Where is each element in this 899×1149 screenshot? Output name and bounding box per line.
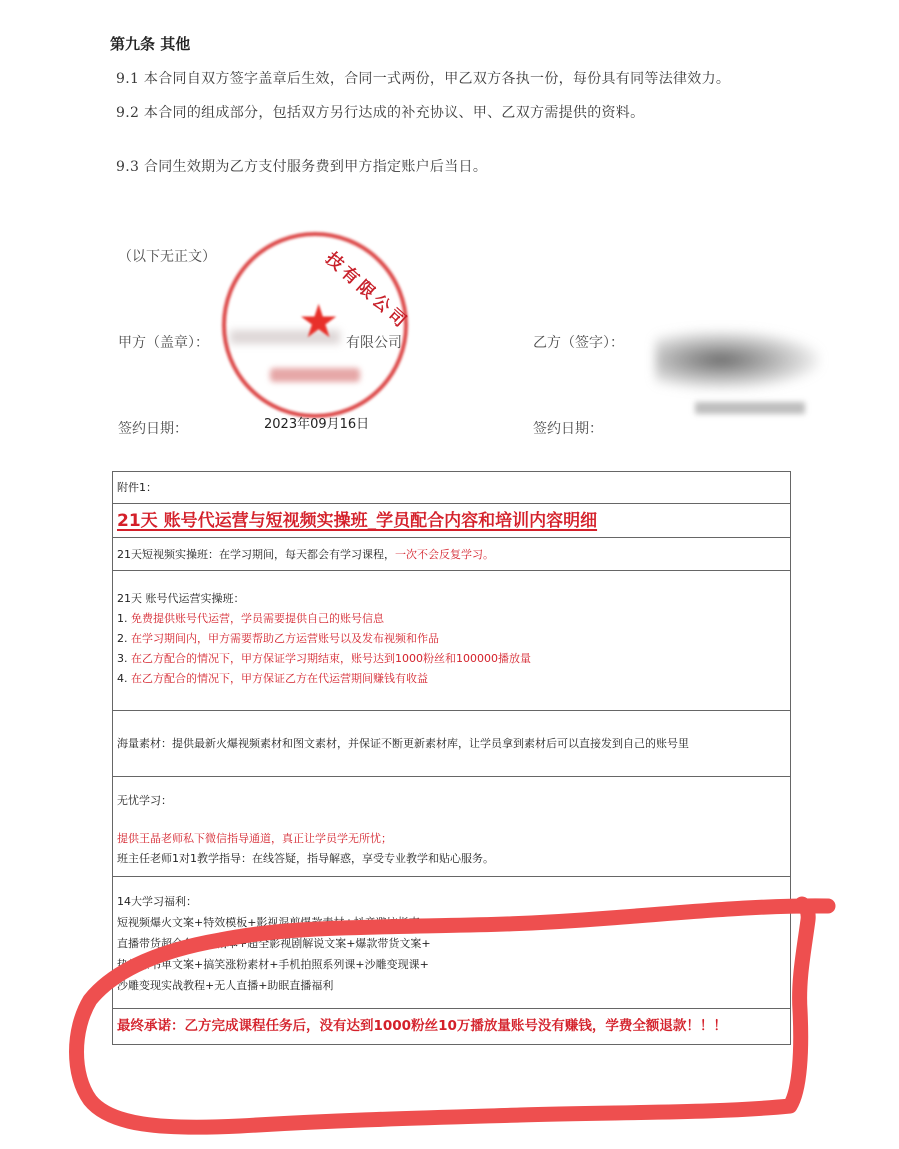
worry-free-text: 班主任老师1对1教学指导：在线答疑，指导解惑，享受专业教学和贴心服务。 bbox=[117, 849, 786, 869]
benefits-line: 热门爆书单文案+搞笑涨粉素材+手机拍照系列课+沙雕变现课+ bbox=[117, 954, 786, 975]
stamp-star-icon: ★ bbox=[298, 294, 339, 348]
short-video-row: 21天短视频实操班：在学习期间，每天都会有学习课程，一次不会反复学习。 bbox=[113, 538, 790, 571]
benefits-line: 短视频爆火文案+特效模板+影视混剪爆款素材+抖音避坑指南+ bbox=[117, 912, 786, 933]
clause-9-3: 9.3 合同生效期为乙方支付服务费到甲方指定账户后当日。 bbox=[116, 156, 487, 176]
worry-free-row: 无忧学习： 提供王晶老师私下微信指导通道，真正让学员学无所忧； 班主任老师1对1… bbox=[113, 777, 790, 877]
annex-label-row: 附件1： bbox=[113, 472, 790, 504]
sign-date-value-a: 2023年09月16日 bbox=[264, 413, 369, 432]
stamp-code-blur bbox=[270, 368, 360, 382]
short-video-highlight: 一次不会反复学习。 bbox=[395, 548, 494, 561]
final-promise-text: 最终承诺：乙方完成课程任务后，没有达到1000粉丝10万播放量账号没有赚钱，学费… bbox=[117, 1018, 727, 1034]
materials-text: 海量素材：提供最新火爆视频素材和图文素材，并保证不断更新素材库，让学员拿到素材后… bbox=[117, 737, 689, 750]
benefits-line: 直播带货超全各领域剧本+超全影视剧解说文案+爆款带货文案+ bbox=[117, 933, 786, 954]
section-title: 第九条 其他 bbox=[110, 33, 190, 54]
short-video-text: 21天短视频实操班：在学习期间，每天都会有学习课程， bbox=[117, 548, 395, 561]
annex-title-row: 21天 账号代运营与短视频实操班_学员配合内容和培训内容明细 bbox=[113, 504, 790, 538]
account-ops-item: 3. 在乙方配合的情况下，甲方保证学习期结束，账号达到1000粉丝和100000… bbox=[117, 649, 786, 669]
annex-label: 附件1： bbox=[117, 481, 157, 494]
benefits-line: 沙雕变现实战教程+无人直播+助眠直播福利 bbox=[117, 975, 786, 996]
benefits-row: 14大学习福利： 短视频爆火文案+特效模板+影视混剪爆款素材+抖音避坑指南+ 直… bbox=[113, 877, 790, 1009]
party-b-signature-blurred bbox=[655, 330, 820, 400]
final-promise-row: 最终承诺：乙方完成课程任务后，没有达到1000粉丝10万播放量账号没有赚钱，学费… bbox=[113, 1009, 790, 1044]
party-a-label: 甲方（盖章）： bbox=[118, 332, 209, 352]
materials-row: 海量素材：提供最新火爆视频素材和图文素材，并保证不断更新素材库，让学员拿到素材后… bbox=[113, 711, 790, 777]
account-ops-row: 21天 账号代运营实操班： 1. 免费提供账号代运营，学员需要提供自己的账号信息… bbox=[113, 571, 790, 711]
sign-date-label-b: 签约日期： bbox=[533, 418, 603, 438]
end-of-text-note: （以下无正文） bbox=[118, 246, 216, 266]
account-ops-item: 1. 免费提供账号代运营，学员需要提供自己的账号信息 bbox=[117, 609, 786, 629]
sign-date-label-a: 签约日期： bbox=[118, 418, 188, 438]
party-a-company: 有限公司 bbox=[346, 332, 402, 352]
clause-9-2: 9.2 本合同的组成部分，包括双方另行达成的补充协议、甲、乙双方需提供的资料。 bbox=[116, 102, 644, 122]
worry-free-heading: 无忧学习： bbox=[117, 791, 786, 811]
account-ops-item: 4. 在乙方配合的情况下，甲方保证乙方在代运营期间赚钱有收益 bbox=[117, 669, 786, 689]
annex-title: 21天 账号代运营与短视频实操班_学员配合内容和培训内容明细 bbox=[117, 511, 597, 531]
worry-free-highlight: 提供王晶老师私下微信指导通道，真正让学员学无所忧； bbox=[117, 829, 786, 849]
account-ops-item: 2. 在学习期间内，甲方需要帮助乙方运营账号以及发布视频和作品 bbox=[117, 629, 786, 649]
clause-9-1: 9.1 本合同自双方签字盖章后生效，合同一式两份，甲乙双方各执一份，每份具有同等… bbox=[116, 68, 730, 88]
account-ops-heading: 21天 账号代运营实操班： bbox=[117, 589, 786, 609]
annex-table: 附件1： 21天 账号代运营与短视频实操班_学员配合内容和培训内容明细 21天短… bbox=[112, 471, 791, 1045]
benefits-heading: 14大学习福利： bbox=[117, 891, 786, 912]
party-b-label: 乙方（签字）： bbox=[533, 332, 624, 352]
